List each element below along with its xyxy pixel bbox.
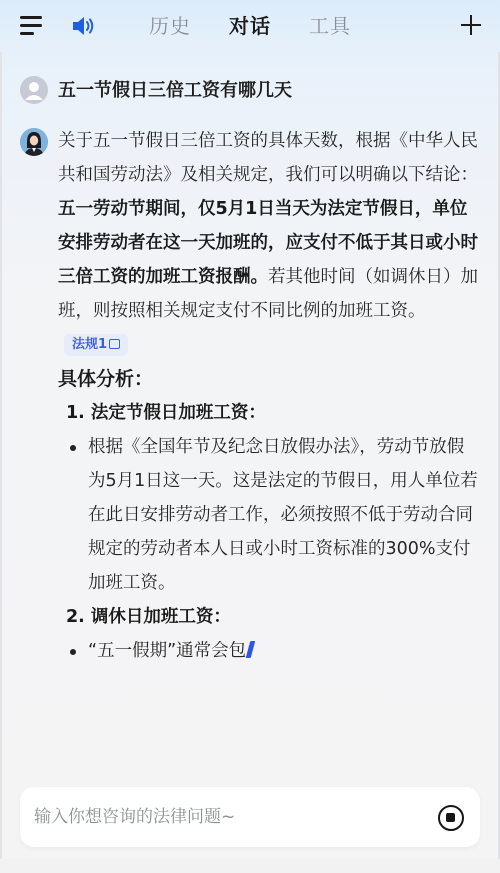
numbered-item-2: 2. 调休日加班工资： (58, 600, 478, 634)
numbered-item-1: 1. 法定节假日加班工资： (58, 396, 478, 430)
assistant-avatar (20, 128, 48, 156)
bottom-strip (0, 859, 500, 873)
citation-chip-label: 法规1 (72, 337, 107, 352)
item-title: 法定节假日加班工资： (91, 403, 266, 423)
tab-history[interactable]: 历史 (130, 10, 210, 42)
item-number: 1. (66, 403, 85, 423)
assistant-answer: 关于五一节假日三倍工资的具体天数，根据《中华人民共和国劳动法》及相关规定，我们可… (58, 124, 478, 668)
stop-generation-button[interactable] (438, 805, 464, 831)
user-avatar (20, 76, 48, 104)
chat-input-bar (20, 787, 480, 847)
section-title: 具体分析： (58, 362, 478, 396)
citation-doc-icon (109, 339, 120, 349)
tab-bar: 历史 对话 工具 (0, 10, 500, 42)
bullet-text: “五一假期”通常会包 (88, 641, 246, 661)
item-number: 2. (66, 607, 85, 627)
bullet-item-1: 根据《全国年节及纪念日放假办法》，劳动节放假为5月1日这一天。这是法定的节假日，… (58, 430, 478, 600)
new-chat-button[interactable] (460, 14, 482, 36)
top-navigation-bar: 历史 对话 工具 (0, 0, 500, 52)
tab-tools[interactable]: 工具 (290, 10, 370, 42)
question-input[interactable] (34, 787, 414, 847)
answer-intro: 关于五一节假日三倍工资的具体天数，根据《中华人民共和国劳动法》及相关规定，我们可… (58, 124, 478, 192)
left-edge (0, 52, 2, 873)
tab-chat[interactable]: 对话 (210, 10, 290, 42)
lawyer-portrait-icon (20, 128, 48, 156)
bullet-item-2: “五一假期”通常会包 (58, 634, 478, 668)
item-title: 调休日加班工资： (91, 607, 231, 627)
answer-conclusion: 五一劳动节期间，仅5月1日当天为法定节假日，单位安排劳动者在这一天加班的，应支付… (58, 192, 478, 362)
user-question: 五一节假日三倍工资有哪几天 (58, 77, 292, 105)
streaming-cursor-icon (246, 641, 256, 658)
user-silhouette-icon (20, 76, 48, 104)
citation-chip[interactable]: 法规1 (64, 334, 128, 356)
